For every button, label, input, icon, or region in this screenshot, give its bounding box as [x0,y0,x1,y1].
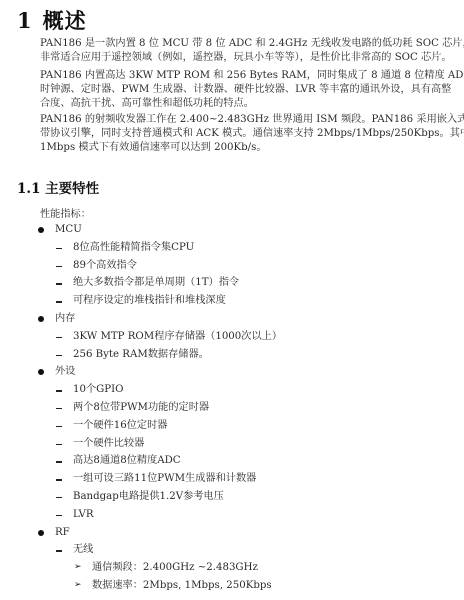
paragraph-line: 带协议引擎，同时支持普通模式和 ACK 模式。通信速率支持 2Mbps/1Mbp… [40,127,454,141]
feature-subitem: ➢通信频段：2.400GHz ~2.483GHz [0,559,464,577]
feature-subitem: ➢数据速率：2Mbps, 1Mbps, 250Kbps [0,577,464,595]
dash-bullet-icon [56,355,62,357]
paragraph-line: PAN186 内置高达 3KW MTP ROM 和 256 Bytes RAM，… [40,69,454,83]
filled-circle-bullet-icon [38,227,44,233]
feature-text: 两个8位带PWM功能的定时器 [73,399,209,417]
feature-text: RF [55,524,70,542]
feature-item: 一组可设三路11位PWM生成器和计数器 [0,470,464,488]
feature-text: 一个硬件16位定时器 [73,417,167,435]
dash-bullet-icon [56,426,62,428]
overview-paragraph-1: PAN186 是一款内置 8 位 MCU 带 8 位 ADC 和 2.4GHz … [40,37,454,65]
feature-list: MCU8位高性能精简指令集CPU89个高效指令绝大多数指令都是单周期（1T）指令… [0,221,464,595]
section-heading: 1.1 主要特性 [17,177,99,197]
feature-text: 数据速率：2Mbps, 1Mbps, 250Kbps [92,577,272,595]
feature-item: 无线 [0,541,464,559]
performance-label: 性能指标： [40,205,91,220]
feature-text: 8位高性能精简指令集CPU [73,239,194,257]
document-page: 1概述 PAN186 是一款内置 8 位 MCU 带 8 位 ADC 和 2.4… [0,0,464,600]
feature-text: Bandgap电路提供1.2V参考电压 [73,488,224,506]
feature-text: 绝大多数指令都是单周期（1T）指令 [73,274,239,292]
dash-bullet-icon [56,408,62,410]
feature-text: 3KW MTP ROM程序存储器（1000次以上） [73,328,282,346]
feature-item: 可程序设定的堆栈指针和堆栈深度 [0,292,464,310]
dash-bullet-icon [56,248,62,250]
feature-category: 外设 [0,363,464,381]
feature-text: 无线 [73,541,93,559]
feature-text: 一组可设三路11位PWM生成器和计数器 [73,470,256,488]
feature-item: 两个8位带PWM功能的定时器 [0,399,464,417]
feature-item: 一个硬件比较器 [0,435,464,453]
feature-text: 通信频段：2.400GHz ~2.483GHz [92,559,258,577]
feature-item: 10个GPIO [0,381,464,399]
feature-text: 10个GPIO [73,381,124,399]
dash-bullet-icon [56,550,62,552]
feature-category: MCU [0,221,464,239]
paragraph-line: 合度、高抗干扰、高可靠性和超低功耗的特点。 [40,97,454,111]
overview-paragraph-3: PAN186 的射频收发器工作在 2.400~2.483GHz 世界通用 ISM… [40,113,454,155]
dash-bullet-icon [56,266,62,268]
feature-category: 内存 [0,310,464,328]
feature-text: 可程序设定的堆栈指针和堆栈深度 [73,292,226,310]
dash-bullet-icon [56,479,62,481]
paragraph-line: 时钟源、定时器、PWM 生成器、计数器、硬件比较器、LVR 等丰富的通讯外设，具… [40,83,454,97]
dash-bullet-icon [56,337,62,339]
feature-category: RF [0,524,464,542]
chapter-title: 概述 [43,8,87,33]
dash-bullet-icon [56,444,62,446]
feature-text: 89个高效指令 [73,257,137,275]
feature-text: LVR [73,506,94,524]
feature-item: Bandgap电路提供1.2V参考电压 [0,488,464,506]
arrowhead-bullet-icon: ➢ [74,577,82,595]
arrowhead-bullet-icon: ➢ [74,559,82,577]
feature-text: MCU [55,221,82,239]
feature-item: 一个硬件16位定时器 [0,417,464,435]
filled-circle-bullet-icon [38,530,44,536]
feature-text: 内存 [55,310,75,328]
paragraph-line: 非常适合应用于遥控领域（例如，遥控器，玩具小车等等），是性价比非常高的 SOC … [40,51,454,65]
feature-item: 3KW MTP ROM程序存储器（1000次以上） [0,328,464,346]
paragraph-line: 1Mbps 模式下有效通信速率可以达到 200Kb/s。 [40,141,454,155]
dash-bullet-icon [56,301,62,303]
dash-bullet-icon [56,515,62,517]
feature-item: 89个高效指令 [0,257,464,275]
dash-bullet-icon [56,390,62,392]
feature-text: 外设 [55,363,75,381]
dash-bullet-icon [56,283,62,285]
paragraph-line: PAN186 的射频收发器工作在 2.400~2.483GHz 世界通用 ISM… [40,113,454,127]
feature-text: 一个硬件比较器 [73,435,144,453]
feature-item: 高达8通道8位精度ADC [0,452,464,470]
feature-item: 绝大多数指令都是单周期（1T）指令 [0,274,464,292]
chapter-heading: 1概述 [17,5,87,35]
chapter-number: 1 [17,8,33,33]
filled-circle-bullet-icon [38,316,44,322]
filled-circle-bullet-icon [38,369,44,375]
feature-text: 256 Byte RAM数据存储器。 [73,346,209,364]
dash-bullet-icon [56,461,62,463]
feature-item: 8位高性能精简指令集CPU [0,239,464,257]
feature-text: 高达8通道8位精度ADC [73,452,181,470]
feature-item: 256 Byte RAM数据存储器。 [0,346,464,364]
feature-item: LVR [0,506,464,524]
dash-bullet-icon [56,497,62,499]
paragraph-line: PAN186 是一款内置 8 位 MCU 带 8 位 ADC 和 2.4GHz … [40,37,454,51]
overview-paragraph-2: PAN186 内置高达 3KW MTP ROM 和 256 Bytes RAM，… [40,69,454,111]
